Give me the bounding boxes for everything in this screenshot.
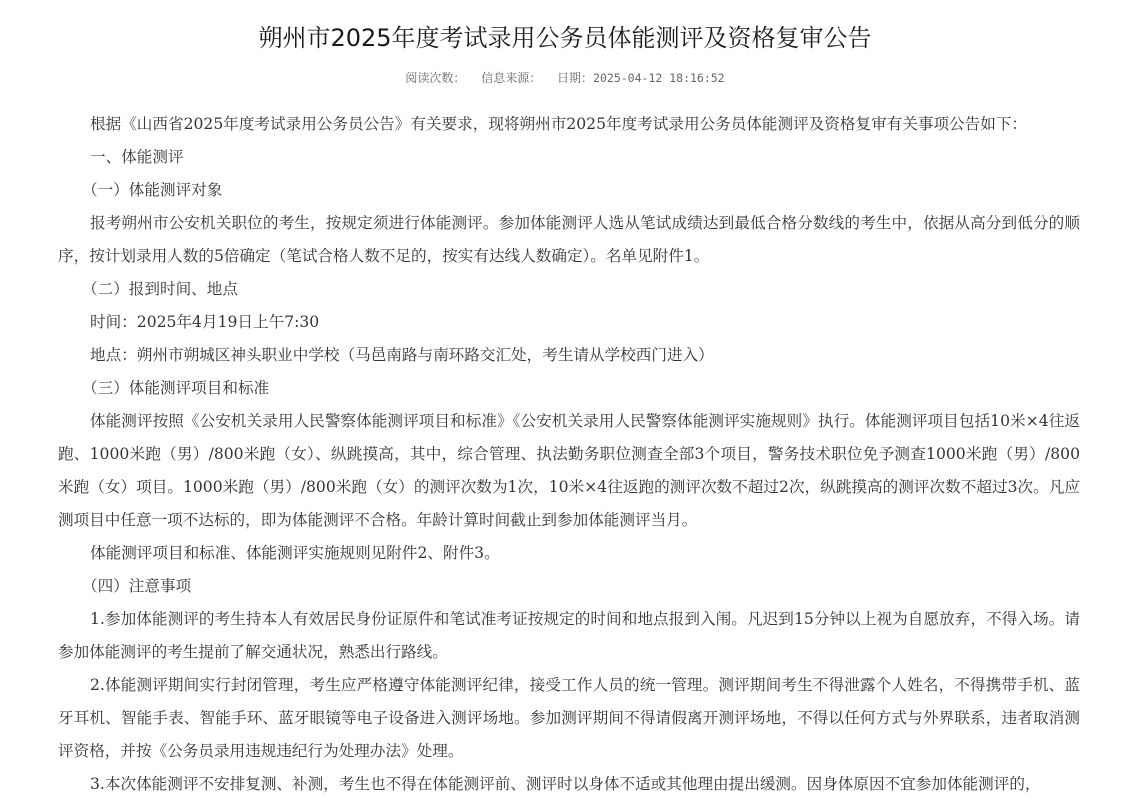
source-label: 信息来源： <box>481 71 541 85</box>
paragraph-items-standards: 体能测评按照《公安机关录用人民警察体能测评项目和标准》《公安机关录用人民警察体能… <box>58 405 1080 537</box>
date-label: 日期： <box>557 71 593 85</box>
paragraph-time: 时间：2025年4月19日上午7:30 <box>58 306 1080 339</box>
date-value: 2025-04-12 18:16:52 <box>593 71 725 85</box>
note-3: 3.本次体能测评不安排复测、补测，考生也不得在体能测评前、测评时以身体不适或其他… <box>58 768 1080 800</box>
note-1: 1.参加体能测评的考生持本人有效居民身份证原件和笔试准考证按规定的时间和地点报到… <box>58 603 1080 669</box>
subheading-test-target: （一）体能测评对象 <box>58 174 1080 207</box>
paragraph-test-target: 报考朔州市公安机关职位的考生，按规定须进行体能测评。参加体能测评人选从笔试成绩达… <box>58 207 1080 273</box>
subheading-items-standards: （三）体能测评项目和标准 <box>58 372 1080 405</box>
article-body: 根据《山西省2025年度考试录用公务员公告》有关要求，现将朔州市2025年度考试… <box>58 108 1080 800</box>
read-count-label: 阅读次数： <box>405 71 465 85</box>
article-meta: 阅读次数： 信息来源： 日期：2025-04-12 18:16:52 <box>0 68 1130 88</box>
date-field: 日期：2025-04-12 18:16:52 <box>557 71 725 85</box>
section-heading-physical-test: 一、体能测评 <box>58 141 1080 174</box>
subheading-notes: （四）注意事项 <box>58 570 1080 603</box>
paragraph-attachments: 体能测评项目和标准、体能测评实施规则见附件2、附件3。 <box>58 537 1080 570</box>
paragraph-place: 地点：朔州市朔城区神头职业中学校（马邑南路与南环路交汇处，考生请从学校西门进入） <box>58 339 1080 372</box>
page-title: 朔州市2025年度考试录用公务员体能测评及资格复审公告 <box>0 18 1130 58</box>
intro-paragraph: 根据《山西省2025年度考试录用公务员公告》有关要求，现将朔州市2025年度考试… <box>58 108 1080 141</box>
note-2: 2.体能测评期间实行封闭管理，考生应严格遵守体能测评纪律，接受工作人员的统一管理… <box>58 669 1080 768</box>
subheading-time-place: （二）报到时间、地点 <box>58 273 1080 306</box>
